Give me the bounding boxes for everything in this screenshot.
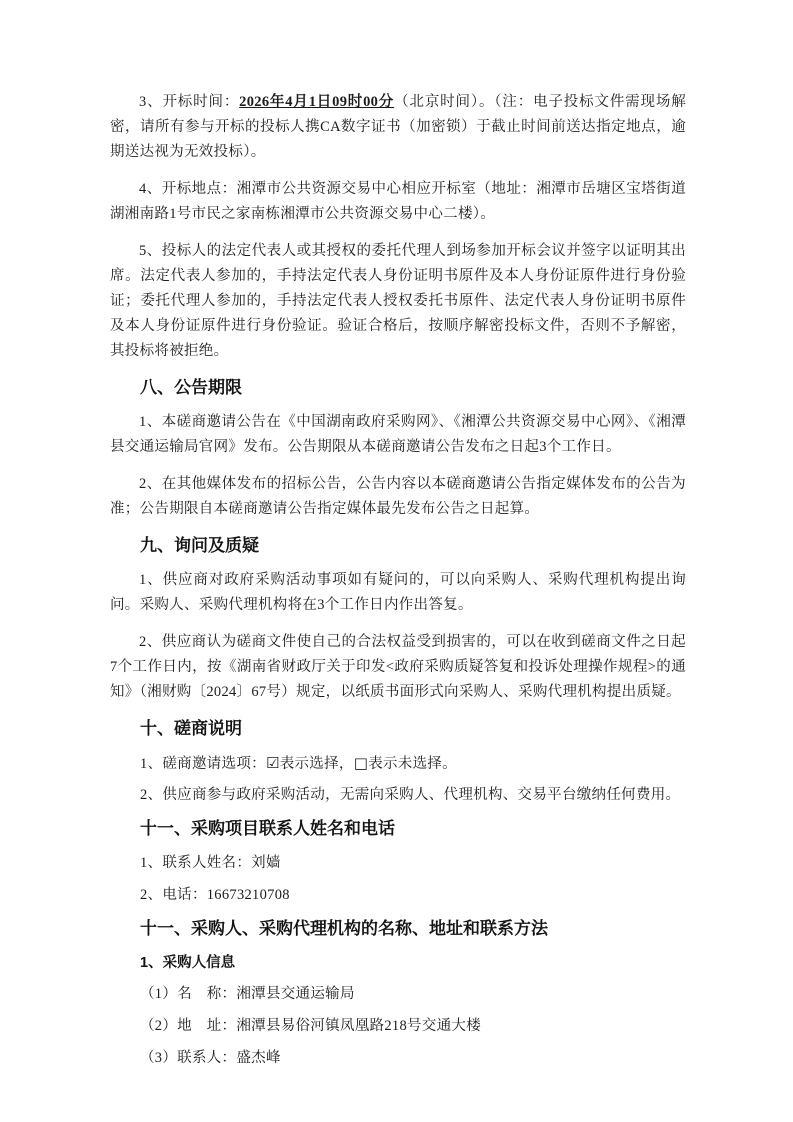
checked-checkbox-icon: ☑	[266, 754, 280, 772]
unchecked-checkbox-icon: □	[354, 754, 368, 772]
heading-purchaser-and-agency-info: 十一、采购人、采购代理机构的名称、地址和联系方法	[110, 917, 686, 941]
negotiation-options-selected-label: 表示选择，	[280, 756, 354, 772]
para-challenge: 2、供应商认为磋商文件使自己的合法权益受到损害的，可以在收到磋商文件之日起7个工…	[110, 630, 686, 705]
para-bid-attendance-rules: 5、投标人的法定代表人或其授权的委托代理人到场参加开标会议并签字以证明其出席。法…	[110, 239, 686, 364]
negotiation-options-label: 1、磋商邀请选项：	[140, 756, 266, 772]
para-inquiry: 1、供应商对政府采购活动事项如有疑问的，可以向采购人、采购代理机构提出询问。采购…	[110, 568, 686, 618]
heading-project-contact: 十一、采购项目联系人姓名和电话	[110, 817, 686, 841]
document-content: 3、开标时间：2026年4月1日09时00分（北京时间）。（注：电子投标文件需现…	[110, 90, 686, 1078]
negotiation-options-unselected-label: 表示未选择。	[368, 756, 457, 772]
contact-name-line: 1、联系人姓名：刘嫱	[110, 851, 686, 876]
purchaser-address-line: （2）地 址：湘潭县易俗河镇凤凰路218号交通大楼	[110, 1014, 686, 1039]
contact-phone-line: 2、电话：16673210708	[110, 883, 686, 908]
para-announcement-other-media: 2、在其他媒体发布的招标公告，公告内容以本磋商邀请公告指定媒体发布的公告为准；公…	[110, 472, 686, 522]
heading-announcement-period: 八、公告期限	[110, 376, 686, 400]
document-page: 3、开标时间：2026年4月1日09时00分（北京时间）。（注：电子投标文件需现…	[0, 0, 793, 1122]
para-bid-opening-place: 4、开标地点：湘潭市公共资源交易中心相应开标室（地址：湘潭市岳塘区宝塔街道湖湘南…	[110, 177, 686, 227]
purchaser-contact-line: （3）联系人：盛杰峰	[110, 1046, 686, 1071]
bid-opening-time-value: 2026年4月1日09时00分	[239, 94, 394, 110]
para-bid-opening-time: 3、开标时间：2026年4月1日09时00分（北京时间）。（注：电子投标文件需现…	[110, 90, 686, 165]
heading-inquiry-and-challenge: 九、询问及质疑	[110, 534, 686, 558]
bid-opening-time-label: 3、开标时间：	[139, 94, 239, 110]
sub-heading-purchaser-info: 1、采购人信息	[110, 951, 686, 976]
heading-negotiation-notes: 十、磋商说明	[110, 717, 686, 741]
purchaser-name-line: （1）名 称：湘潭县交通运输局	[110, 982, 686, 1007]
negotiation-note-options: 1、磋商邀请选项：☑表示选择，□表示未选择。	[110, 751, 686, 777]
negotiation-note-fees: 2、供应商参与政府采购活动，无需向采购人、代理机构、交易平台缴纳任何费用。	[110, 783, 686, 808]
para-announcement-media: 1、本磋商邀请公告在《中国湖南政府采购网》、《湘潭公共资源交易中心网》、《湘潭县…	[110, 410, 686, 460]
